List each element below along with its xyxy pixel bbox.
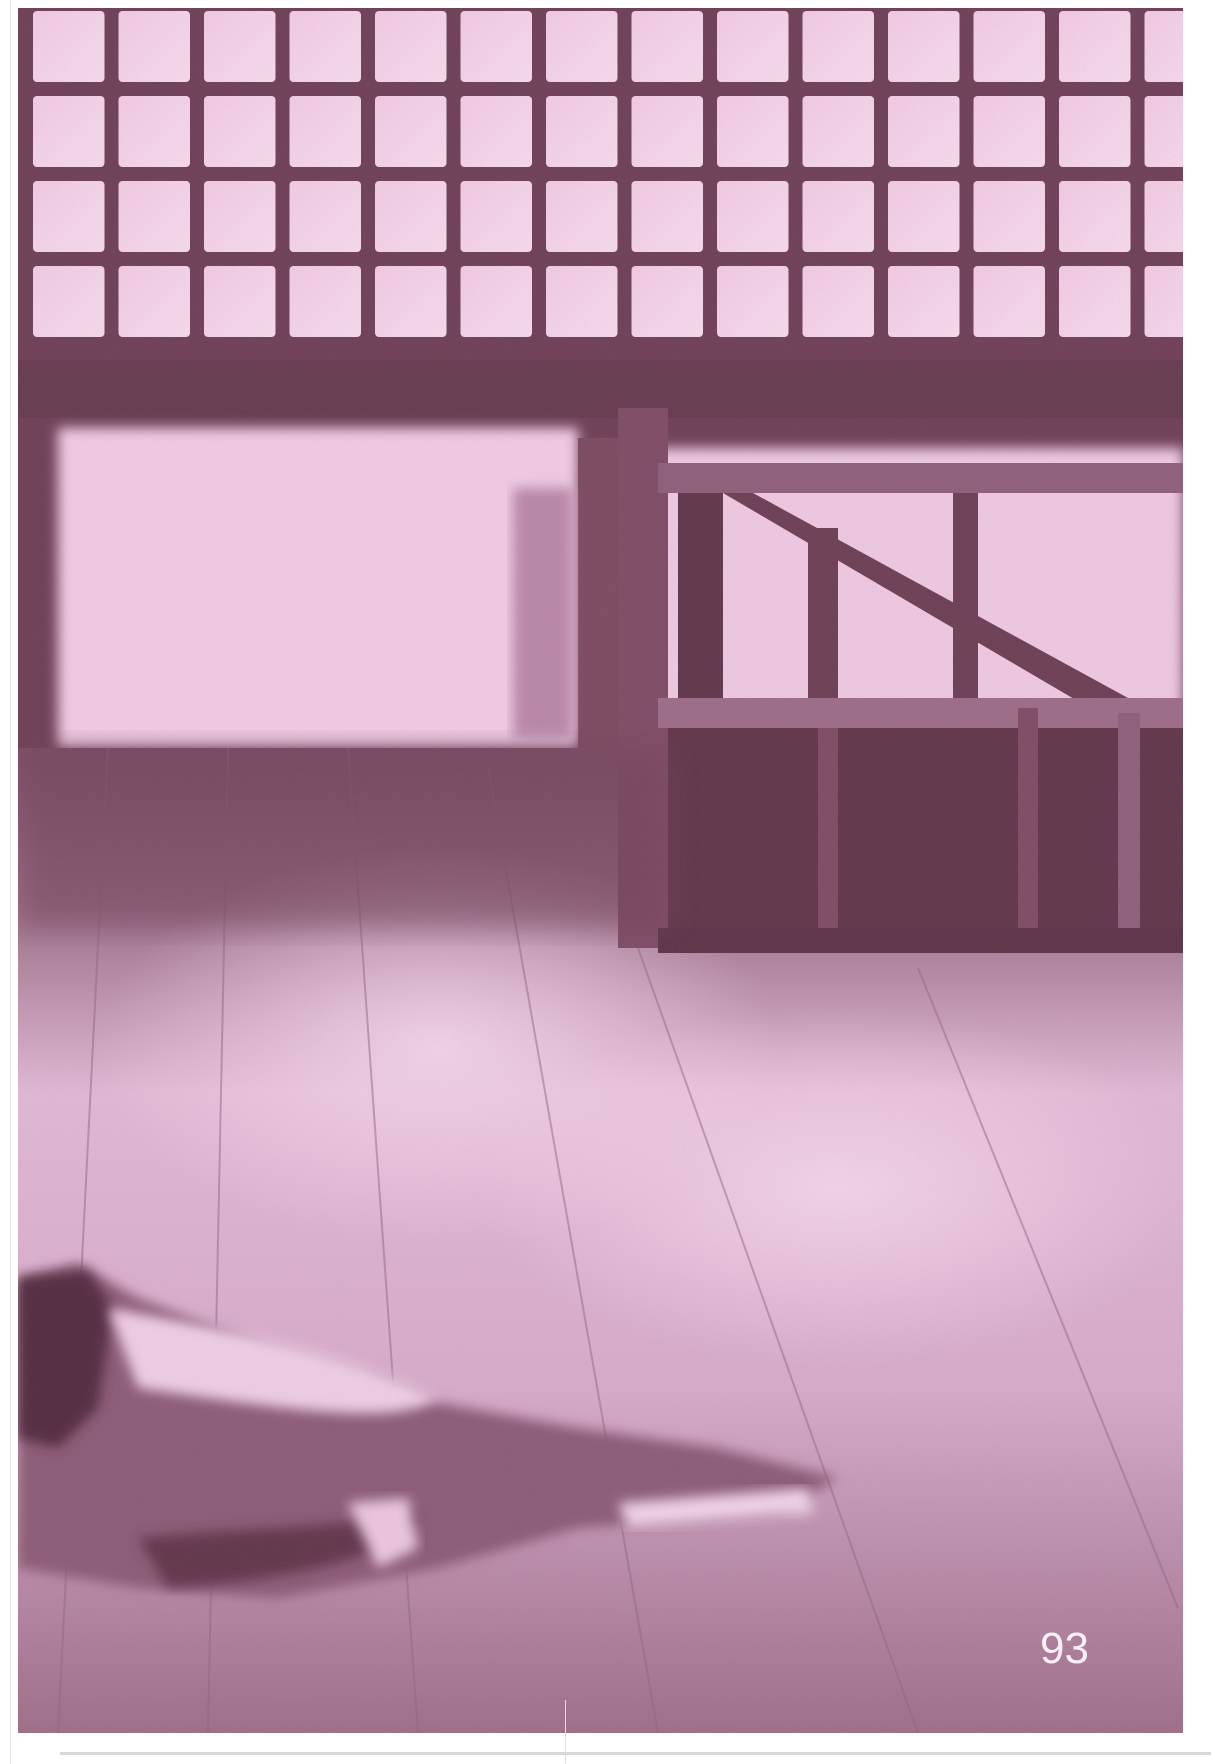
page-number: 93: [1040, 1624, 1089, 1674]
page-edge: [10, 0, 11, 1764]
page-bottom-shadow: [60, 1752, 1211, 1755]
photograph: [18, 8, 1183, 1733]
interior-scene: [18, 8, 1183, 1733]
